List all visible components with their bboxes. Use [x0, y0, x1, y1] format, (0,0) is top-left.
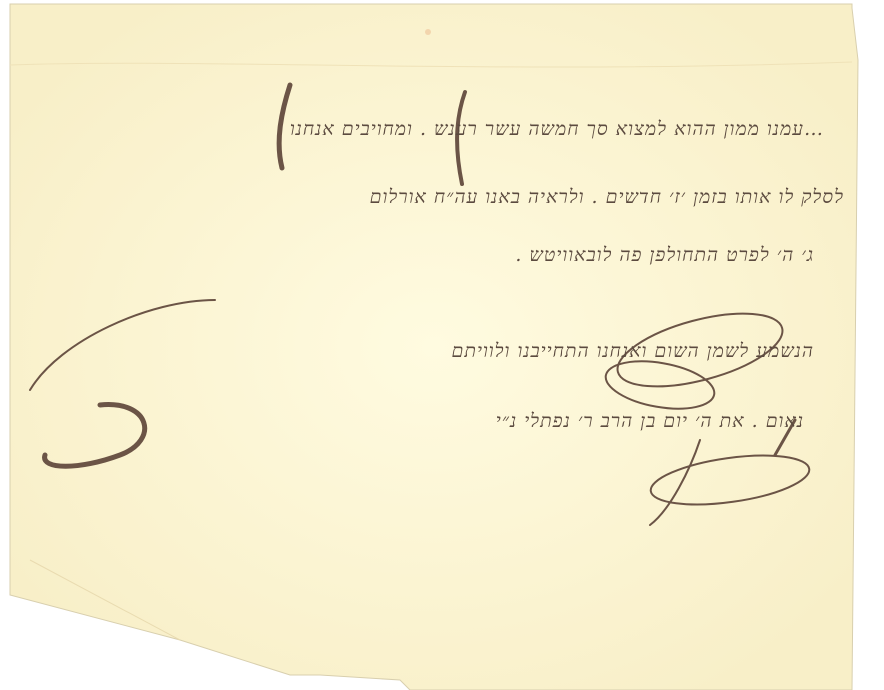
text-line-3: ג׳ ה׳ לפרט התחולפן פה לובאוויטש . [515, 244, 814, 267]
document-page: …עמנו ממון ההוא למצוא סך חמשה עשר רענש .… [0, 0, 884, 690]
text-line-2: לסלק לו אותו בזמן ׳ז׳ חדשים . ולראיה באנ… [34, 186, 844, 209]
text-line-4: הנשמע לשמן השום ואנחנו התחייבנו ולוויתם [452, 340, 814, 363]
text-line-1: …עמנו ממון ההוא למצוא סך חמשה עשר רענש .… [290, 118, 824, 141]
text-line-5: נאום . את ה׳ יום בן הרב ר׳ נפתלי נ״י [496, 410, 804, 433]
